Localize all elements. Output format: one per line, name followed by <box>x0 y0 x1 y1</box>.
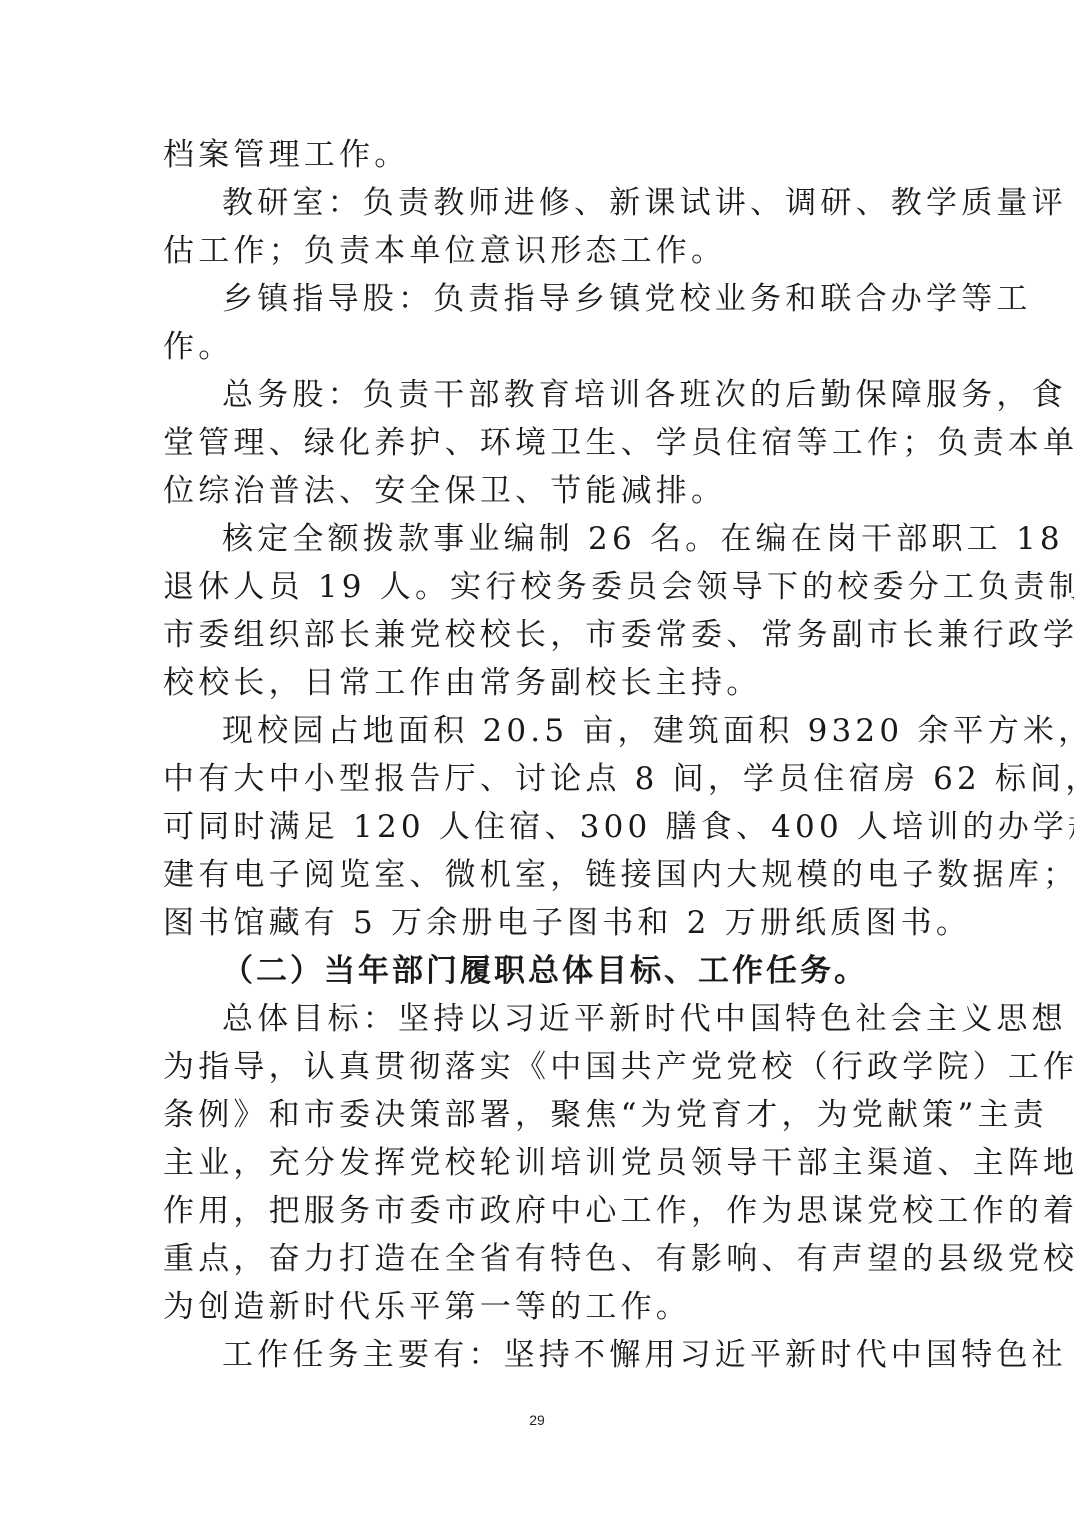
text-line: 图书馆藏有 5 万余册电子图书和 2 万册纸质图书。 <box>163 903 913 943</box>
text-line: 堂管理、绿化养护、环境卫生、学员住宿等工作；负责本单 <box>163 423 913 463</box>
text-line: 条例》和市委决策部署，聚焦“为党育才，为党献策”主责 <box>163 1095 913 1135</box>
text-line: 主业，充分发挥党校轮训培训党员领导干部主渠道、主阵地 <box>163 1143 913 1183</box>
text-line: 现校园占地面积 20.5 亩，建筑面积 9320 余平方米，其 <box>222 711 913 751</box>
page-number: 29 <box>0 1412 1074 1428</box>
text-line: 作。 <box>163 327 913 367</box>
text-line: 重点，奋力打造在全省有特色、有影响、有声望的县级党校， <box>163 1239 913 1279</box>
text-line: 位综治普法、安全保卫、节能减排。 <box>163 471 913 511</box>
text-line: 校校长，日常工作由常务副校长主持。 <box>163 663 913 703</box>
text-line: 工作任务主要有：坚持不懈用习近平新时代中国特色社 <box>222 1335 913 1375</box>
text-line: 退休人员 19 人。实行校务委员会领导下的校委分工负责制。 <box>163 567 913 607</box>
text-line: 核定全额拨款事业编制 26 名。在编在岗干部职工 18 人， <box>222 519 913 559</box>
text-line: 为指导，认真贯彻落实《中国共产党党校（行政学院）工作 <box>163 1047 913 1087</box>
text-line: 市委组织部长兼党校校长，市委常委、常务副市长兼行政学 <box>163 615 913 655</box>
text-line: 总务股：负责干部教育培训各班次的后勤保障服务，食 <box>222 375 913 415</box>
text-line: 中有大中小型报告厅、讨论点 8 间，学员住宿房 62 标间， <box>163 759 913 799</box>
document-page: 档案管理工作。 教研室：负责教师进修、新课试讲、调研、教学质量评 估工作；负责本… <box>0 0 1074 1520</box>
section-heading: （二）当年部门履职总体目标、工作任务。 <box>222 951 972 991</box>
text-line: 乡镇指导股：负责指导乡镇党校业务和联合办学等工 <box>222 279 913 319</box>
text-line: 总体目标：坚持以习近平新时代中国特色社会主义思想 <box>222 999 913 1039</box>
text-line: 估工作；负责本单位意识形态工作。 <box>163 231 913 271</box>
text-line: 作用，把服务市委市政府中心工作，作为思谋党校工作的着 <box>163 1191 913 1231</box>
text-line: 档案管理工作。 <box>163 135 913 175</box>
text-line: 可同时满足 120 人住宿、300 膳食、400 人培训的办学规模。 <box>163 807 913 847</box>
text-line: 为创造新时代乐平第一等的工作。 <box>163 1287 913 1327</box>
text-line: 建有电子阅览室、微机室，链接国内大规模的电子数据库； <box>163 855 913 895</box>
text-line: 教研室：负责教师进修、新课试讲、调研、教学质量评 <box>222 183 913 223</box>
